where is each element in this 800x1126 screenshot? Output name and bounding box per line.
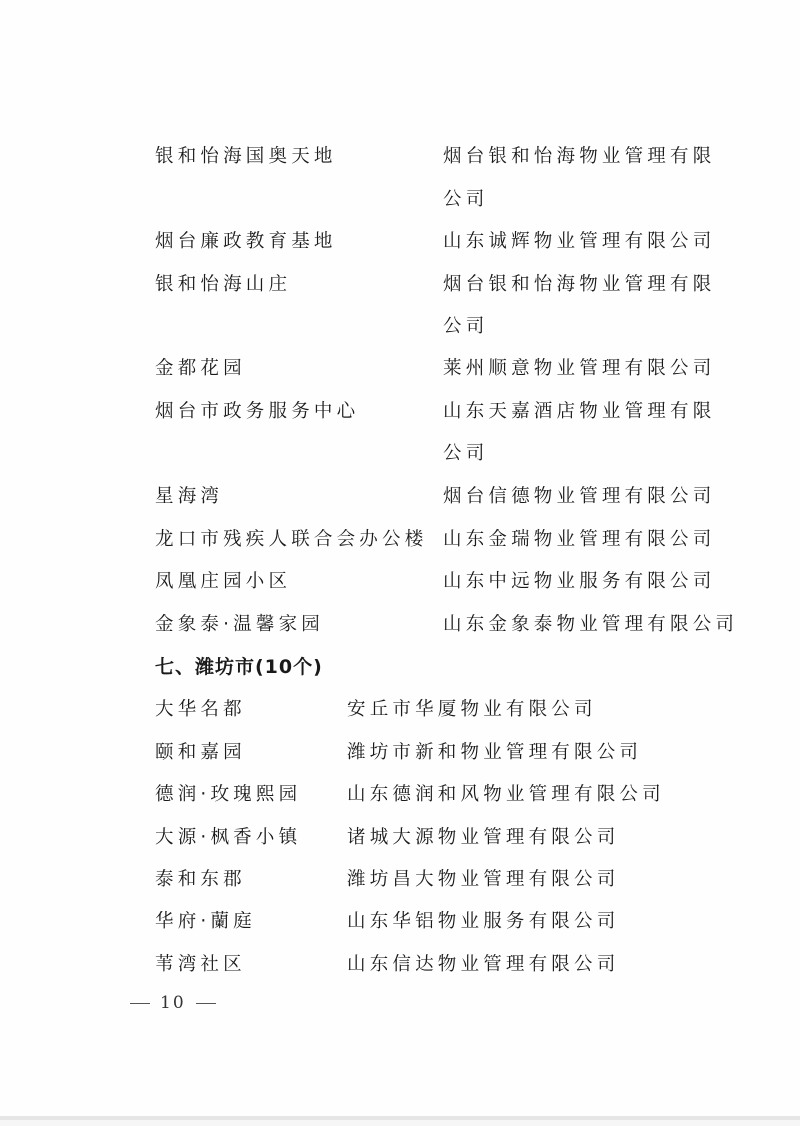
company-name: 山东信达物业管理有限公司 [347, 953, 619, 977]
project-name: 银和怡海国奥天地 [155, 145, 337, 169]
project-name: 银和怡海山庄 [155, 273, 291, 297]
company-name: 山东金象泰物业管理有限公司 [443, 613, 738, 637]
company-name: 山东华铝物业服务有限公司 [347, 910, 619, 934]
project-name: 颐和嘉园 [155, 741, 246, 765]
project-name: 金都花园 [155, 357, 246, 381]
company-name-cont: 公司 [443, 442, 488, 466]
section-heading-weifang: 七、潍坊市(10个) [155, 655, 323, 679]
page-number-dash-right [196, 1003, 216, 1004]
project-name: 龙口市残疾人联合会办公楼 [155, 528, 427, 552]
project-name: 德润·玫瑰熙园 [155, 783, 301, 807]
company-name: 潍坊昌大物业管理有限公司 [347, 868, 619, 892]
company-name: 山东诚辉物业管理有限公司 [443, 230, 715, 254]
page-number: 10 [120, 993, 226, 1013]
company-name: 山东德润和风物业管理有限公司 [347, 783, 665, 807]
project-name: 金象泰·温馨家园 [155, 613, 324, 637]
company-name: 安丘市华厦物业有限公司 [347, 698, 597, 722]
company-name-cont: 公司 [443, 315, 488, 339]
company-name-cont: 公司 [443, 188, 488, 212]
page-number-value: 10 [160, 993, 186, 1013]
company-name: 山东金瑞物业管理有限公司 [443, 528, 715, 552]
project-name: 星海湾 [155, 485, 223, 509]
project-name: 烟台廉政教育基地 [155, 230, 337, 254]
project-name: 大源·枫香小镇 [155, 826, 301, 850]
project-name: 凤凰庄园小区 [155, 570, 291, 594]
company-name: 烟台银和怡海物业管理有限 [443, 145, 715, 169]
document-page: 银和怡海国奥天地 烟台银和怡海物业管理有限 公司 烟台廉政教育基地 山东诚辉物业… [0, 0, 800, 1116]
page-bottom-margin [0, 1120, 800, 1126]
project-name: 烟台市政务服务中心 [155, 400, 359, 424]
project-name: 华府·蘭庭 [155, 910, 256, 934]
company-name: 烟台信德物业管理有限公司 [443, 485, 715, 509]
company-name: 诸城大源物业管理有限公司 [347, 826, 619, 850]
company-name: 山东天嘉酒店物业管理有限 [443, 400, 715, 424]
company-name: 潍坊市新和物业管理有限公司 [347, 741, 642, 765]
project-name: 苇湾社区 [155, 953, 246, 977]
project-name: 大华名都 [155, 698, 246, 722]
page-number-dash-left [130, 1003, 150, 1004]
project-name: 泰和东郡 [155, 868, 246, 892]
company-name: 山东中远物业服务有限公司 [443, 570, 715, 594]
company-name: 莱州顺意物业管理有限公司 [443, 357, 715, 381]
company-name: 烟台银和怡海物业管理有限 [443, 273, 715, 297]
